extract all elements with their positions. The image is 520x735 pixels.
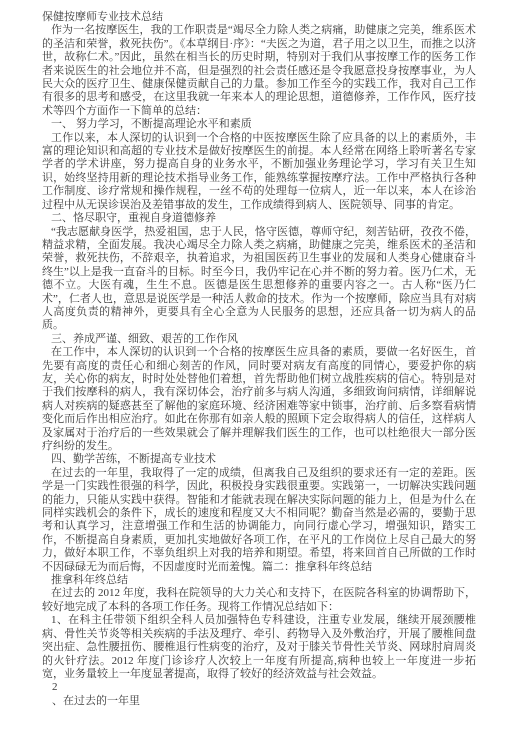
paragraph-part2-item-1: 1、在科主任带领下组织全科人员加强特色专科建设，注重专业发展，继续开展颈腰椎病、… (42, 614, 476, 681)
section-heading-1: 一、 努力学习，不断提高理论水平和素质 (42, 118, 476, 131)
line-part2-item-2-start: 、在过去的一年里 (42, 695, 476, 708)
paragraph-part2-title: 推拿科年终总结 (42, 574, 476, 587)
paragraph-section-4: 在过去的一年里，我取得了一定的成绩，但离我自己及组织的要求还有一定的差距。医学是… (42, 467, 476, 574)
line-number-2: 2 (42, 681, 476, 694)
section-heading-2: 二、恪尽职守，重视自身道德修养 (42, 212, 476, 225)
paragraph-section-2: “我志愿献身医学，热爱祖国，忠于人民，恪守医德，尊师守纪，刻苦钻研，孜孜不倦，精… (42, 226, 476, 333)
document-page: 保健按摩师专业技术总结 作为一名按摩医生，我的工作职责是“竭尽全力除人类之病痛，… (0, 0, 520, 735)
section-heading-3: 三、养成严谨、细致、艰苦的工作作风 (42, 333, 476, 346)
paragraph-part2-intro: 在过去的 2012 年度，我科在院领导的大力关心和支持下，在医院各科室的协调帮助… (42, 587, 476, 614)
paragraph-intro: 作为一名按摩医生，我的工作职责是“竭尽全力除人类之病痛，助健康之完美，维系医术的… (42, 24, 476, 118)
paragraph-section-1: 工作以来，本人深切的认识到一个合格的中医按摩医生除了应具备的以上的素质外，丰富的… (42, 132, 476, 212)
section-heading-4: 四、勤学苦练，不断提高专业技术 (42, 453, 476, 466)
paragraph-section-3: 在工作中，本人深切的认识到一个合格的按摩医生应具备的素质，要做一名好医生，首先要… (42, 346, 476, 453)
document-title: 保健按摩师专业技术总结 (42, 11, 476, 24)
